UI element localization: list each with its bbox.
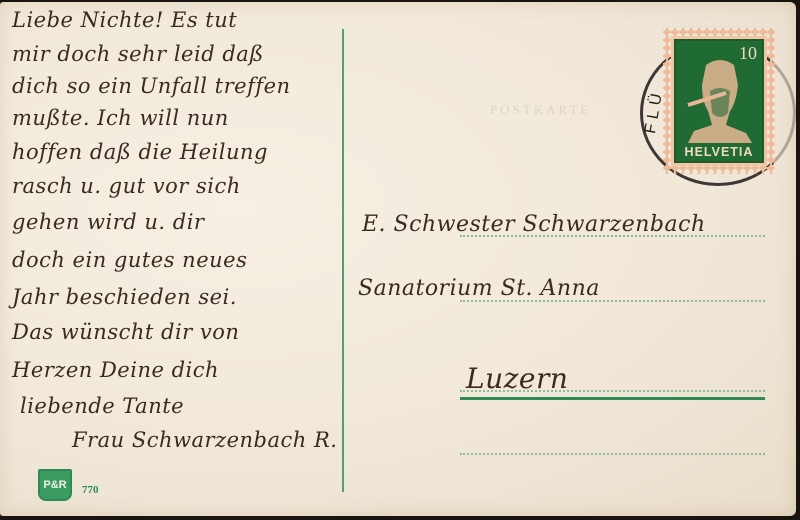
address-institution: Sanatorium St. Anna <box>358 276 600 301</box>
postcard: Liebe Nichte! Es tut mir doch sehr leid … <box>0 2 796 516</box>
message-line: Das wünscht dir von <box>12 320 239 344</box>
william-tell-portrait-icon <box>686 55 754 143</box>
center-divider <box>342 29 344 492</box>
faint-print-text: POSTKARTE <box>490 102 591 118</box>
publisher-logo-icon: P&R <box>38 469 72 501</box>
message-line: doch ein gutes neues <box>12 248 247 272</box>
city-underline <box>460 397 765 400</box>
message-line: Herzen Deine dich <box>12 358 219 382</box>
address-line-4 <box>460 453 765 455</box>
message-line: Liebe Nichte! Es tut <box>12 8 237 32</box>
postage-stamp: 10 HELVETIA <box>663 28 775 174</box>
signature: Frau Schwarzenbach R. <box>72 428 337 452</box>
stamp-value: 10 <box>739 43 757 64</box>
message-line: dich so ein Unfall treffen <box>12 74 291 98</box>
card-number: 770 <box>82 484 99 496</box>
message-line: hoffen daß die Heilung <box>12 140 268 164</box>
message-line: gehen wird u. dir <box>12 210 204 234</box>
stamp-country: HELVETIA <box>676 145 762 159</box>
address-recipient: E. Schwester Schwarzenbach <box>362 212 706 237</box>
message-line: Jahr beschieden sei. <box>12 285 237 309</box>
address-line-3 <box>460 390 765 392</box>
address-line-1 <box>460 235 765 237</box>
message-line: mußte. Ich will nun <box>12 106 229 130</box>
message-line: mir doch sehr leid daß <box>12 42 264 66</box>
address-line-2 <box>460 300 765 302</box>
message-line: liebende Tante <box>20 394 184 418</box>
message-line: rasch u. gut vor sich <box>12 174 241 198</box>
